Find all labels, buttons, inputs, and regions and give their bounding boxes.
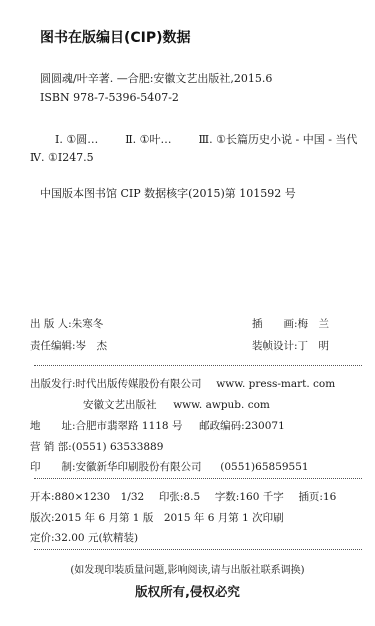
plates-label: 插页: bbox=[298, 491, 323, 503]
sheets: 8.5 bbox=[183, 491, 200, 503]
cip-heading: 图书在版编目(CIP)数据 bbox=[40, 27, 191, 47]
address: 合肥市翡翠路 1118 号 bbox=[76, 420, 183, 432]
price-row: 定价:32.00 元(软精装) bbox=[30, 530, 138, 545]
divider-dotted bbox=[34, 478, 362, 479]
sales-label: 营 销 部: bbox=[30, 441, 72, 453]
printer-row: 印 制:安徽新华印刷股份有限公司 (0551)65859551 bbox=[30, 459, 309, 474]
designer-row: 装帧设计:丁 明 bbox=[252, 338, 329, 353]
words: 160 千字 bbox=[239, 491, 283, 503]
price: 32.00 元(软精装) bbox=[55, 532, 139, 544]
editor: 岑 杰 bbox=[76, 340, 108, 352]
class-ii: Ⅱ. ①叶… bbox=[125, 133, 171, 146]
press-row: 安徽文艺出版社 www. awpub. com bbox=[83, 397, 270, 412]
issuer-url: www. press-mart. com bbox=[216, 378, 335, 390]
illustrator-label: 插 画: bbox=[252, 318, 298, 330]
divider-dotted bbox=[34, 365, 362, 366]
words-label: 字数: bbox=[215, 491, 240, 503]
cip-class-line-1: Ⅰ. ①圆… Ⅱ. ①叶… Ⅲ. ①长篇历史小说 - 中国 - 当代 bbox=[55, 131, 357, 147]
editor-label: 责任编辑: bbox=[30, 340, 76, 352]
class-i: Ⅰ. ①圆… bbox=[55, 133, 98, 146]
printer-phone: (0551)65859551 bbox=[220, 461, 308, 473]
publisher-person-row: 出 版 人:朱寒冬 bbox=[30, 316, 103, 331]
designer: 丁 明 bbox=[298, 340, 330, 352]
editor-row: 责任编辑:岑 杰 bbox=[30, 338, 107, 353]
press-url: www. awpub. com bbox=[173, 399, 270, 411]
postcode: 230071 bbox=[245, 420, 285, 432]
cip-class-line-2: Ⅳ. ①I247.5 bbox=[30, 151, 94, 164]
cip-title-line: 圆圆魂/叶辛著. —合肥:安徽文艺出版社,2015.6 bbox=[40, 70, 272, 86]
format: 880×1230 1/32 bbox=[55, 491, 145, 503]
class-iii: Ⅲ. ①长篇历史小说 - 中国 - 当代 bbox=[199, 133, 358, 146]
address-row: 地 址:合肥市翡翠路 1118 号 邮政编码:230071 bbox=[30, 418, 285, 433]
issuer-label: 出版发行: bbox=[30, 378, 76, 390]
sheets-label: 印张: bbox=[159, 491, 184, 503]
cip-isbn-line: ISBN 978-7-5396-5407-2 bbox=[40, 91, 179, 104]
illustrator: 梅 兰 bbox=[298, 318, 330, 330]
printer-label: 印 制: bbox=[30, 461, 76, 473]
publisher-person-label: 出 版 人: bbox=[30, 318, 72, 330]
plates: 16 bbox=[323, 491, 336, 503]
specs-row: 开本:880×1230 1/32 印张:8.5 字数:160 千字 插页:16 bbox=[30, 489, 336, 504]
designer-label: 装帧设计: bbox=[252, 340, 298, 352]
press-name: 安徽文艺出版社 bbox=[83, 399, 157, 411]
divider-dotted bbox=[34, 549, 362, 550]
price-label: 定价: bbox=[30, 532, 55, 544]
edition-row: 版次:2015 年 6 月第 1 版 2015 年 6 月第 1 次印刷 bbox=[30, 510, 284, 525]
sales-row: 营 销 部:(0551) 63533889 bbox=[30, 439, 163, 454]
quality-notice: (如发现印装质量问题,影响阅读,请与出版社联系调换) bbox=[0, 561, 375, 576]
printer: 安徽新华印刷股份有限公司 bbox=[76, 461, 202, 473]
edition: 2015 年 6 月第 1 版 2015 年 6 月第 1 次印刷 bbox=[55, 512, 284, 524]
sales-phone: (0551) 63533889 bbox=[72, 441, 164, 453]
issuer-row: 出版发行:时代出版传媒股份有限公司 www. press-mart. com bbox=[30, 376, 335, 391]
postcode-label: 邮政编码: bbox=[199, 420, 245, 432]
edition-label: 版次: bbox=[30, 512, 55, 524]
address-label: 地 址: bbox=[30, 420, 76, 432]
illustrator-row: 插 画:梅 兰 bbox=[252, 316, 329, 331]
format-label: 开本: bbox=[30, 491, 55, 503]
copyright-notice: 版权所有,侵权必究 bbox=[0, 582, 375, 600]
cip-verify-number: 中国版本图书馆 CIP 数据核字(2015)第 101592 号 bbox=[40, 185, 296, 201]
publisher-person: 朱寒冬 bbox=[72, 318, 104, 330]
issuer: 时代出版传媒股份有限公司 bbox=[76, 378, 202, 390]
